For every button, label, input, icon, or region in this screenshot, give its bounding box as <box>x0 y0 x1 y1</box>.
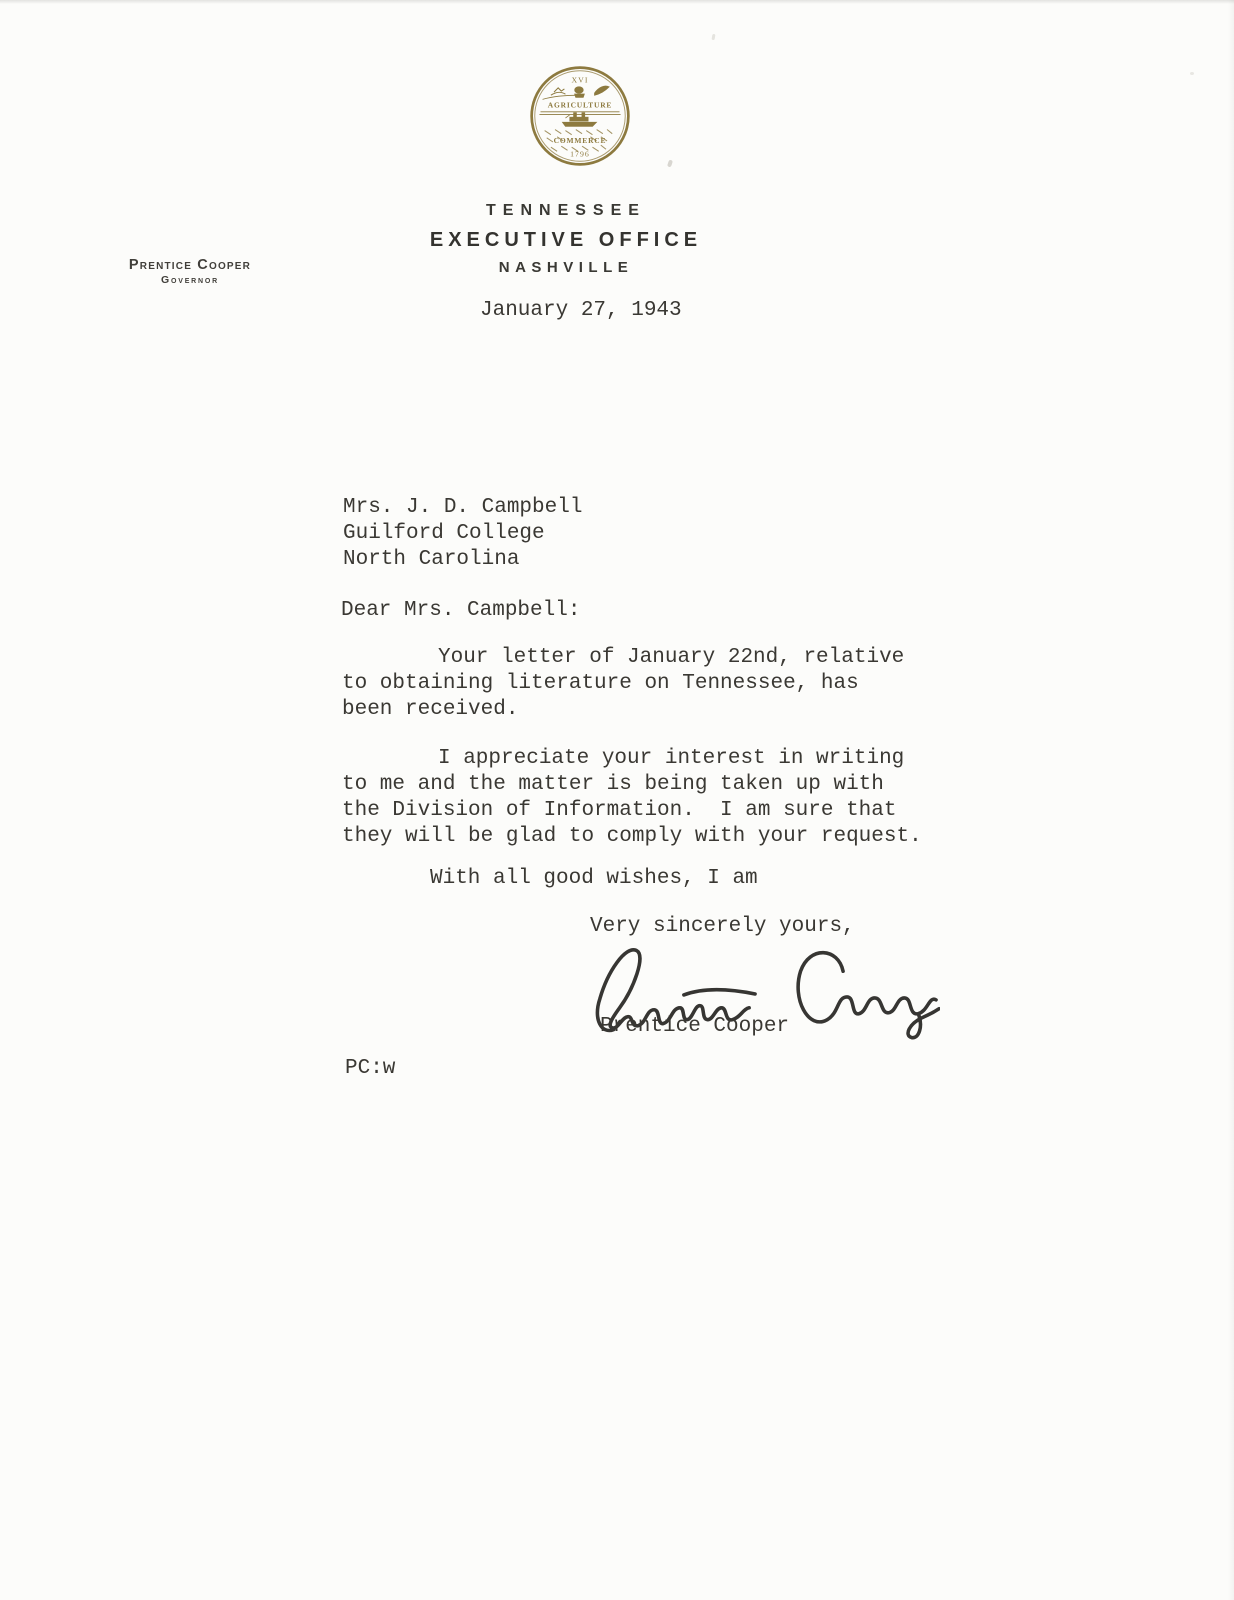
seal-commerce-label: COMMERCE <box>554 136 607 145</box>
body-line: to me and the matter is being taken up w… <box>342 772 922 798</box>
closing-line: With all good wishes, I am <box>430 866 758 892</box>
governor-title: Governor <box>118 274 262 286</box>
scanned-letter-page: XVI AGRICULTURE COMMERCE 1796 <box>0 0 1234 1600</box>
scan-speck <box>712 34 716 40</box>
body-line: Your letter of January 22nd, relative <box>342 645 904 671</box>
salutation: Dear Mrs. Campbell: <box>341 598 580 624</box>
letterhead-office: EXECUTIVE OFFICE <box>0 229 1132 252</box>
typed-signature-name: Prentice Cooper <box>600 1014 789 1040</box>
recipient-institution: Guilford College <box>343 521 582 547</box>
body-line: I appreciate your interest in writing <box>342 746 922 772</box>
seal-year-label: 1796 <box>570 150 590 159</box>
letterhead-state: TENNESSEE <box>0 202 1132 220</box>
governor-name: Prentice Cooper <box>118 257 262 273</box>
seal-numeral: XVI <box>572 76 589 85</box>
seal-agriculture-vignette <box>543 86 610 99</box>
body-line: to obtaining literature on Tennessee, ha… <box>342 671 904 697</box>
recipient-state: North Carolina <box>343 547 582 573</box>
valediction: Very sincerely yours, <box>590 914 855 940</box>
scan-speck <box>667 160 673 168</box>
body-paragraph-2: I appreciate your interest in writing to… <box>342 746 922 850</box>
scan-speck <box>1190 72 1194 75</box>
letter-date: January 27, 1943 <box>480 298 682 324</box>
recipient-name: Mrs. J. D. Campbell <box>343 495 582 521</box>
reference-initials: PC:w <box>345 1056 395 1082</box>
body-line: they will be glad to comply with your re… <box>342 824 922 850</box>
seal-agriculture-label: AGRICULTURE <box>548 101 613 110</box>
body-line: been received. <box>342 697 904 723</box>
seal-riverboat <box>562 113 596 127</box>
scan-edge-artifact-right <box>1228 0 1234 1600</box>
body-line: the Division of Information. I am sure t… <box>342 798 922 824</box>
letterhead-official: Prentice Cooper Governor <box>118 257 262 286</box>
tennessee-state-seal-icon: XVI AGRICULTURE COMMERCE 1796 <box>528 64 632 168</box>
scan-edge-artifact-top <box>0 0 1234 4</box>
body-paragraph-1: Your letter of January 22nd, relative to… <box>342 645 904 723</box>
recipient-address-block: Mrs. J. D. Campbell Guilford College Nor… <box>343 495 582 573</box>
